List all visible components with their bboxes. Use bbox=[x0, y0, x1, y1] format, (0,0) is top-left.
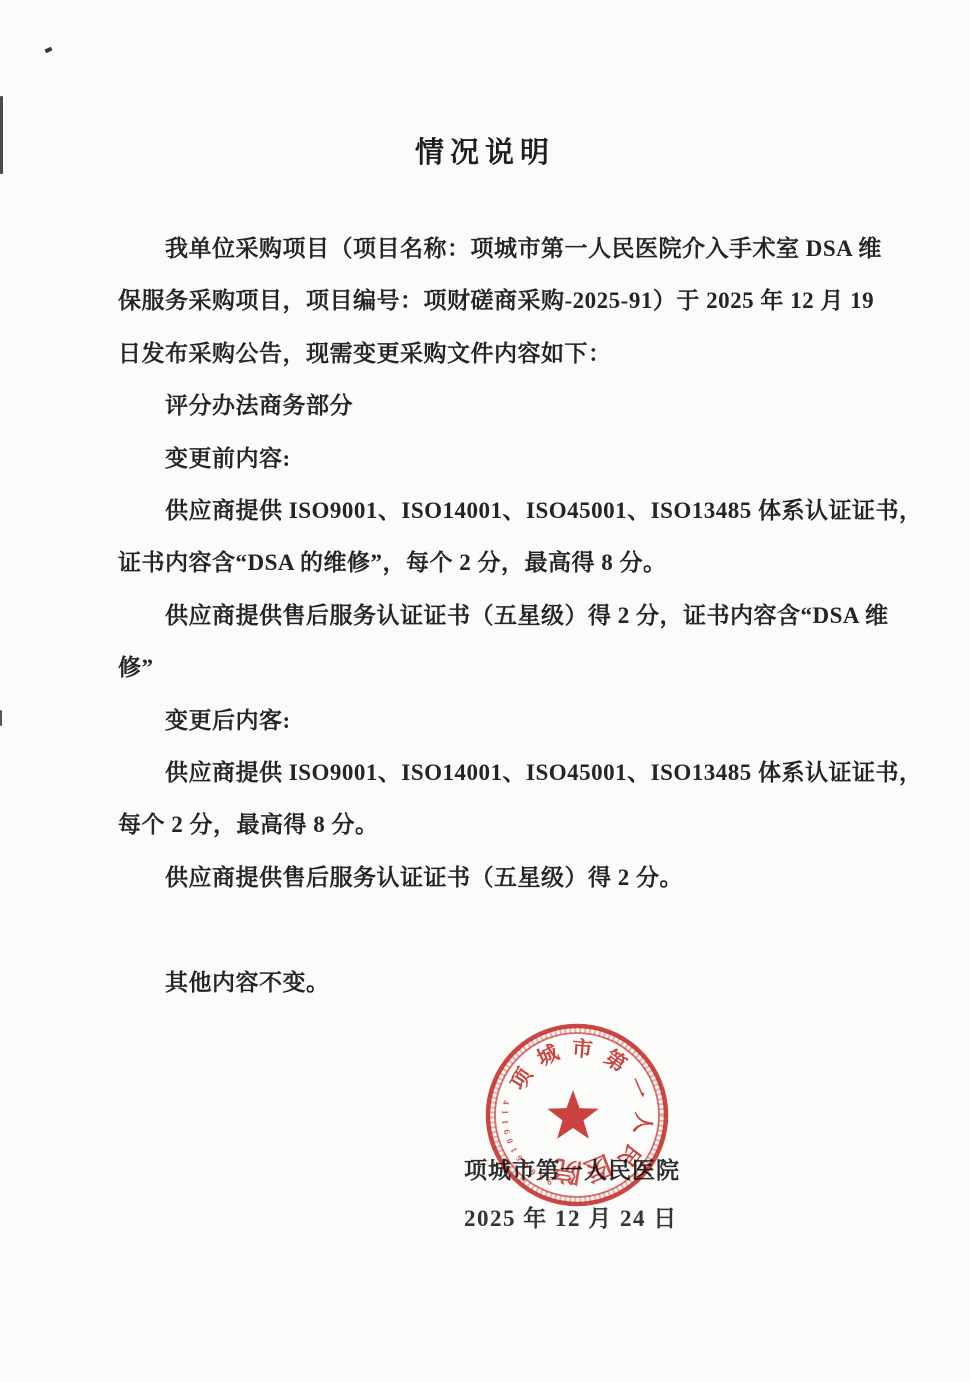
page-title: 情况说明 bbox=[0, 130, 970, 171]
official-seal: 项城市第一人民医院 41160190996 bbox=[470, 1008, 684, 1222]
seal-serial-digit: 1 bbox=[500, 1119, 510, 1125]
doc-line: 每个 2 分，最高得 8 分。 bbox=[118, 808, 876, 850]
seal-serial-digit: 0 bbox=[504, 1137, 515, 1145]
seal-serial-digit: 4 bbox=[501, 1099, 512, 1106]
doc-line: 供应商提供 ISO9001、ISO14001、ISO45001、ISO13485… bbox=[118, 756, 923, 798]
seal-serial-digit: 9 bbox=[537, 1172, 546, 1183]
doc-line: 其他内容不变。 bbox=[118, 966, 923, 1008]
seal-ring-char: 一 bbox=[622, 1074, 652, 1103]
seal-serial-digit: 0 bbox=[521, 1160, 532, 1171]
scan-artifact bbox=[0, 710, 2, 726]
seal-serial-digit: 6 bbox=[502, 1128, 513, 1135]
seal-ring-char: 医 bbox=[580, 1149, 616, 1187]
document-body: 我单位采购项目（项目名称：项城市第一人民医院介入手术室 DSA 维保服务采购项目… bbox=[118, 232, 876, 1032]
doc-line: 供应商提供售后服务认证证书（五星级）得 2 分。 bbox=[118, 861, 923, 903]
doc-line: 供应商提供售后服务认证证书（五星级）得 2 分，证书内容含“DSA 维 bbox=[118, 599, 923, 641]
doc-line: 变更后内客: bbox=[118, 704, 923, 746]
scan-artifact bbox=[44, 47, 52, 54]
doc-line: 我单位采购项目（项目名称：项城市第一人民医院介入手术室 DSA 维 bbox=[118, 232, 923, 274]
seal-ring-char: 城 bbox=[533, 1040, 563, 1071]
scanned-document-page: 情况说明 我单位采购项目（项目名称：项城市第一人民医院介入手术室 DSA 维保服… bbox=[0, 0, 970, 1382]
doc-line bbox=[118, 913, 876, 955]
seal-serial-digit: 9 bbox=[528, 1167, 538, 1178]
seal-ring-char: 人 bbox=[630, 1111, 656, 1135]
star-icon bbox=[547, 1090, 598, 1139]
seal-serial-digit: 1 bbox=[509, 1146, 520, 1155]
seal-ring-char: 市 bbox=[571, 1036, 594, 1062]
doc-line: 评分办法商务部分 bbox=[118, 389, 923, 431]
doc-line: 修” bbox=[118, 651, 876, 693]
seal-ring-char: 院 bbox=[552, 1154, 584, 1188]
doc-line: 证书内容含“DSA 的维修”，每个 2 分，最高得 8 分。 bbox=[118, 546, 876, 588]
seal-serial-digit: 9 bbox=[514, 1153, 525, 1163]
doc-line: 供应商提供 ISO9001、ISO14001、ISO45001、ISO13485… bbox=[118, 494, 923, 536]
seal-serial-digit: 1 bbox=[500, 1110, 510, 1115]
doc-line: 保服务采购项目，项目编号：项财磋商采购-2025-91）于 2025 年 12 … bbox=[118, 284, 876, 326]
doc-line: 日发布采购公告，现需变更采购文件内容如下： bbox=[118, 337, 876, 379]
doc-line: 变更前内容: bbox=[118, 442, 923, 484]
